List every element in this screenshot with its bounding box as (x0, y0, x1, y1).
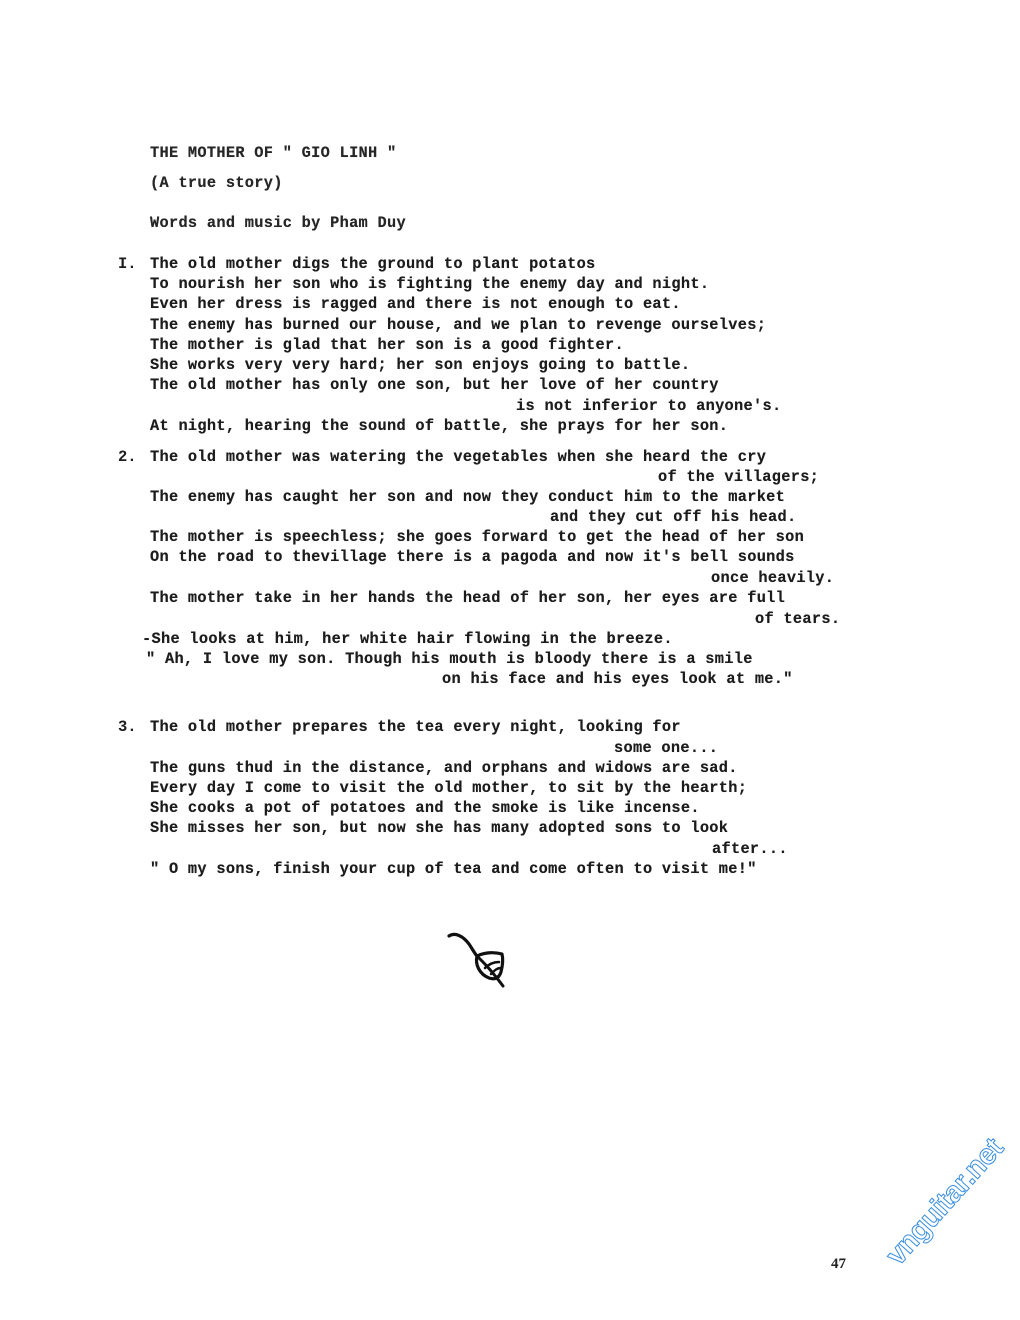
verse-line: Even her dress is ragged and there is no… (150, 294, 681, 314)
song-subtitle: (A true story) (150, 173, 283, 193)
verse-line: On the road to thevillage there is a pag… (150, 547, 795, 567)
verse-line-continuation: after... (712, 839, 788, 859)
verse-line: The old mother prepares the tea every ni… (150, 717, 681, 737)
verse-line: To nourish her son who is fighting the e… (150, 274, 709, 294)
watermark: vnguitar.net (880, 1132, 1010, 1272)
verse-line: The guns thud in the distance, and orpha… (150, 758, 738, 778)
verse-line: The mother is speechless; she goes forwa… (150, 527, 804, 547)
verse-line: The old mother digs the ground to plant … (150, 254, 596, 274)
verse-line-continuation: on his face and his eyes look at me." (442, 669, 793, 689)
document-page: THE MOTHER OF " GIO LINH " (A true story… (0, 0, 1020, 1320)
verse-line: The old mother was watering the vegetabl… (150, 447, 766, 467)
song-title: THE MOTHER OF " GIO LINH " (150, 143, 396, 163)
verse-line: The mother is glad that her son is a goo… (150, 335, 624, 355)
verse-line: The enemy has caught her son and now the… (150, 487, 785, 507)
verse-1-number: I. (118, 254, 137, 274)
verse-line: She works very very hard; her son enjoys… (150, 355, 690, 375)
verse-3-number: 3. (118, 717, 137, 737)
verse-line: She cooks a pot of potatoes and the smok… (150, 798, 700, 818)
page-number: 47 (831, 1256, 846, 1273)
verse-line: The old mother has only one son, but her… (150, 375, 719, 395)
verse-line: " Ah, I love my son. Though his mouth is… (146, 649, 753, 669)
verse-line: At night, hearing the sound of battle, s… (150, 416, 728, 436)
leaf-icon (445, 928, 515, 988)
verse-line: She misses her son, but now she has many… (150, 818, 728, 838)
verse-line-continuation: is not inferior to anyone's. (516, 396, 781, 416)
verse-line: Every day I come to visit the old mother… (150, 778, 747, 798)
verse-2-number: 2. (118, 447, 137, 467)
song-credit: Words and music by Pham Duy (150, 213, 406, 233)
verse-line-continuation: of the villagers; (658, 467, 819, 487)
verse-line-continuation: of tears. (755, 609, 840, 629)
verse-line-continuation: and they cut off his head. (550, 507, 796, 527)
verse-line: The enemy has burned our house, and we p… (150, 315, 766, 335)
verse-line: " O my sons, finish your cup of tea and … (150, 859, 757, 879)
verse-line-continuation: some one... (614, 738, 718, 758)
verse-line-continuation: once heavily. (711, 568, 834, 588)
verse-line: -She looks at him, her white hair flowin… (142, 629, 673, 649)
verse-line: The mother take in her hands the head of… (150, 588, 785, 608)
